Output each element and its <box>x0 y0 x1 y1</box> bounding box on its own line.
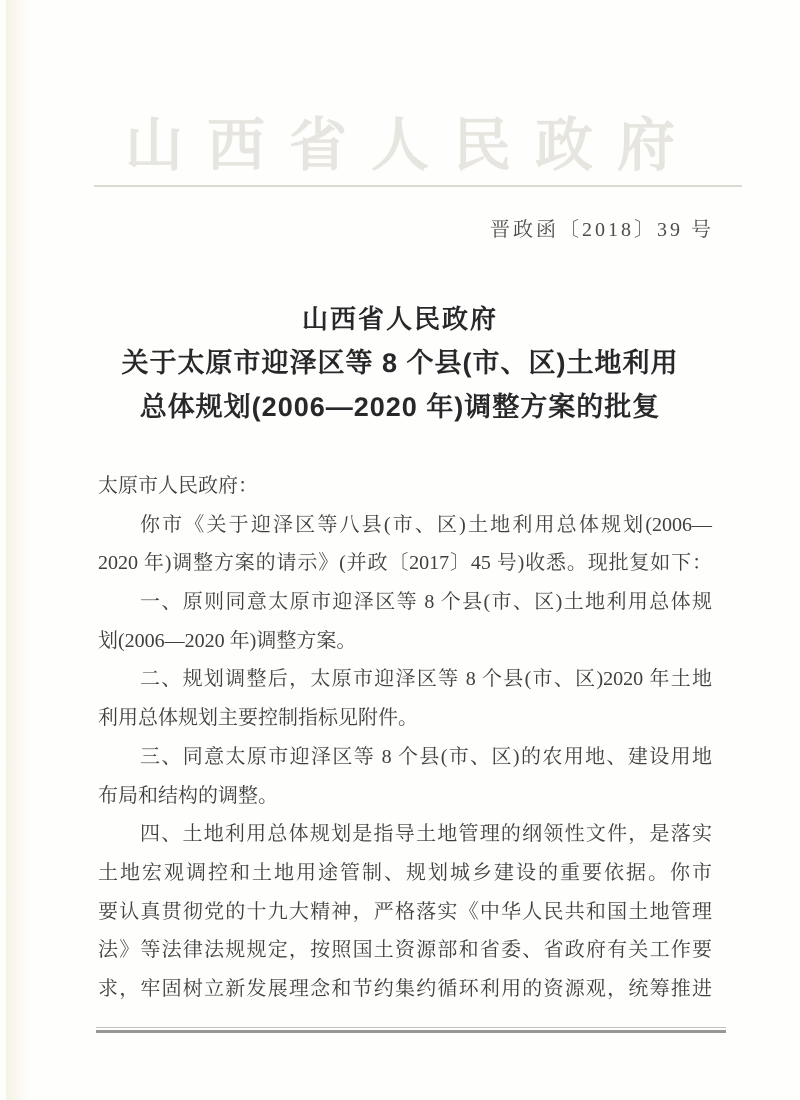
body-line: 利用总体规划主要控制指标见附件。 <box>98 699 712 738</box>
document-title: 山西省人民政府 关于太原市迎泽区等 8 个县(市、区)土地利用 总体规划(200… <box>60 297 740 429</box>
scanned-document-page: 山西省人民政府 晋政函〔2018〕39 号 山西省人民政府 关于太原市迎泽区等 … <box>0 0 800 1100</box>
body-line: 三、同意太原市迎泽区等 8 个县(市、区)的农用地、建设用地 <box>98 738 712 777</box>
body-line: 求，牢固树立新发展理念和节约集约循环利用的资源观，统筹推进 <box>98 970 712 1009</box>
header-rule <box>94 185 742 187</box>
title-subject-line-1: 关于太原市迎泽区等 8 个县(市、区)土地利用 <box>60 341 740 385</box>
body-line: 你市《关于迎泽区等八县(市、区)土地利用总体规划(2006— <box>98 506 712 545</box>
title-issuer: 山西省人民政府 <box>60 297 740 341</box>
footer-rule-thin <box>96 1027 726 1028</box>
body-line: 法》等法律法规规定，按照国土资源部和省委、省政府有关工作要 <box>98 931 712 970</box>
body-line: 2020 年)调整方案的请示》(并政〔2017〕45 号)收悉。现批复如下： <box>98 544 712 583</box>
body-line: 一、原则同意太原市迎泽区等 8 个县(市、区)土地利用总体规 <box>98 583 712 622</box>
title-subject-line-2: 总体规划(2006—2020 年)调整方案的批复 <box>60 385 740 429</box>
body-line: 布局和结构的调整。 <box>98 777 712 816</box>
body-line: 要认真贯彻党的十九大精神，严格落实《中华人民共和国土地管理 <box>98 893 712 932</box>
footer-rule-thick <box>96 1030 726 1033</box>
salutation-line: 太原市人民政府： <box>98 467 712 506</box>
body-line: 四、土地利用总体规划是指导土地管理的纲领性文件，是落实 <box>98 815 712 854</box>
body-line: 土地宏观调控和土地用途管制、规划城乡建设的重要依据。你市 <box>98 854 712 893</box>
body-line: 二、规划调整后，太原市迎泽区等 8 个县(市、区)2020 年土地 <box>98 660 712 699</box>
document-body: 太原市人民政府： 你市《关于迎泽区等八县(市、区)土地利用总体规划(2006— … <box>98 467 712 1009</box>
body-line: 划(2006—2020 年)调整方案。 <box>98 622 712 661</box>
document-number: 晋政函〔2018〕39 号 <box>490 213 714 242</box>
scan-edge-artifact <box>6 0 30 1100</box>
letterhead-watermark: 山西省人民政府 <box>125 98 699 182</box>
